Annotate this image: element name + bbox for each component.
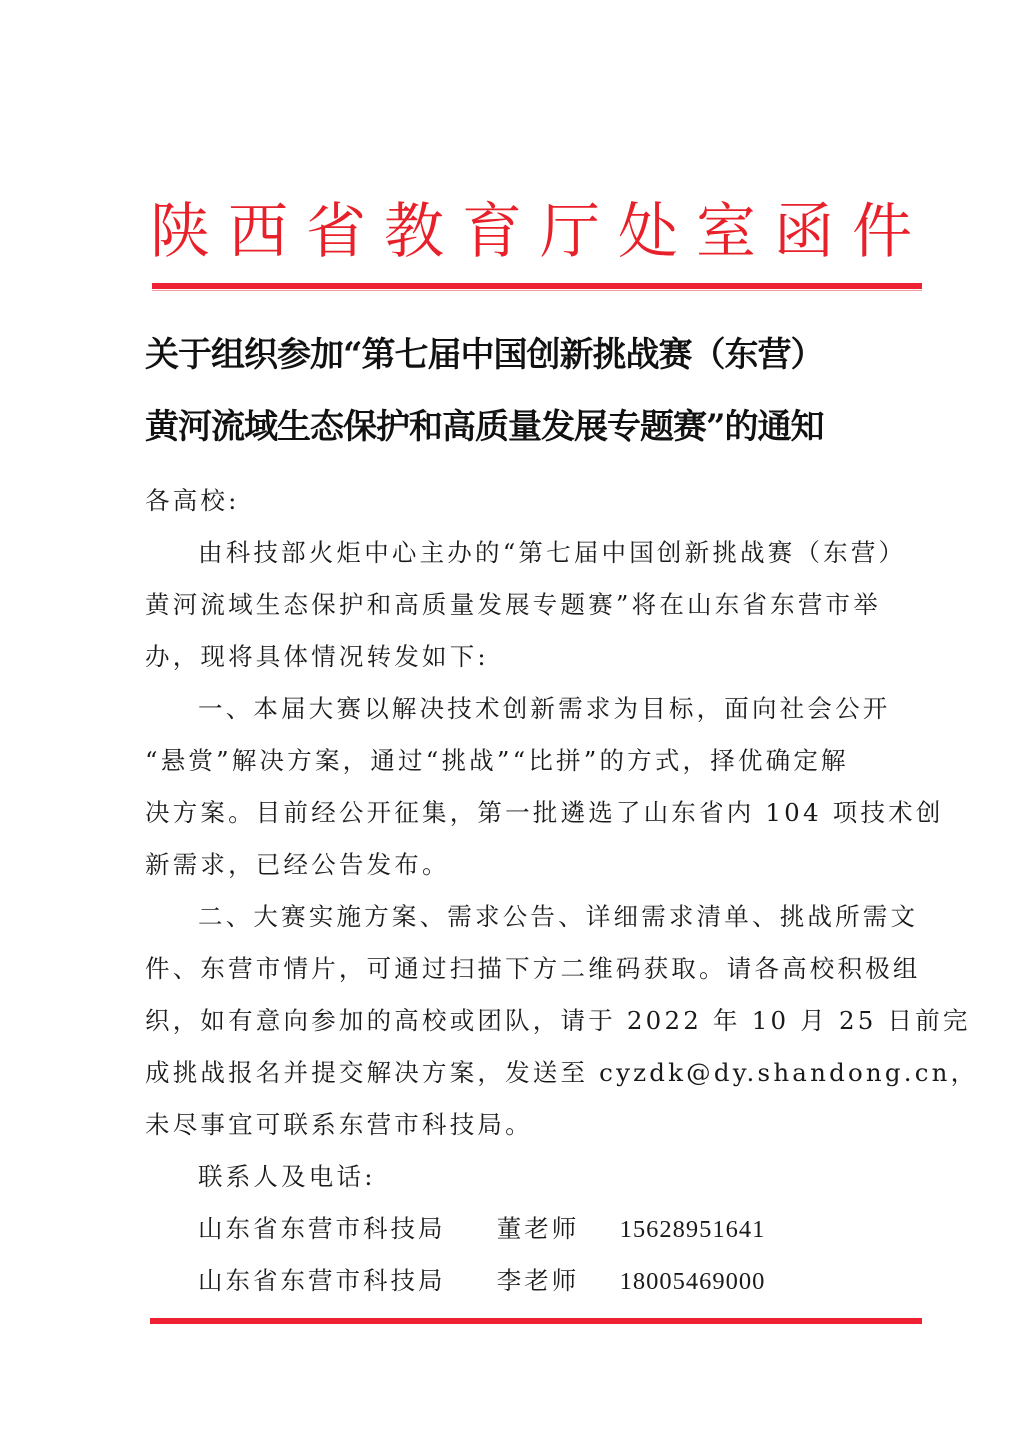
section2-line-email: 成挑战报名并提交解决方案，发送至 cyzdk@dy.shandong.cn， [145,1054,978,1089]
section2-line: 未尽事宜可联系东营市科技局。 [145,1106,533,1141]
intro-line: 办，现将具体情况转发如下: [145,638,489,673]
notice-title-line-1: 关于组织参加“第七届中国创新挑战赛（东营） [145,330,915,380]
section2-line: 件、东营市情片，可通过扫描下方二维码获取。请各高校积极组 [145,950,921,985]
footer-rule [150,1318,922,1324]
section1-line: 一、本届大赛以解决技术创新需求为目标，面向社会公开 [198,690,891,725]
letterhead-rule [152,283,922,289]
contact-row: 山东省东营市科技局 董老师 15628951641 [198,1210,765,1245]
salutation: 各高校: [145,482,240,517]
letterhead-title: 陕西省教育厅处室函件 [150,192,910,272]
contact-org: 山东省东营市科技局 [198,1262,486,1297]
contact-name: 李老师 [497,1262,609,1297]
intro-line: 由科技部火炬中心主办的“第七届中国创新挑战赛（东营） [198,534,906,569]
letterhead-rule-thin [152,290,922,291]
notice-title-line-2: 黄河流域生态保护和高质量发展专题赛”的通知 [145,402,915,452]
section1-line: 新需求，已经公告发布。 [145,846,450,881]
contact-heading: 联系人及电话: [198,1158,376,1193]
contact-org: 山东省东营市科技局 [198,1210,486,1245]
section1-line: 决方案。目前经公开征集，第一批遴选了山东省内 104 项技术创 [145,794,944,829]
contact-phone: 18005469000 [620,1268,766,1296]
section2-line: 二、大赛实施方案、需求公告、详细需求清单、挑战所需文 [198,898,918,933]
contact-phone: 15628951641 [620,1216,766,1244]
section2-line: 织，如有意向参加的高校或团队，请于 2022 年 10 月 25 日前完 [145,1002,971,1037]
contact-row: 山东省东营市科技局 李老师 18005469000 [198,1262,765,1297]
intro-line: 黄河流域生态保护和高质量发展专题赛”将在山东省东营市举 [145,586,881,621]
contact-name: 董老师 [497,1210,609,1245]
section1-line: “悬赏”解决方案，通过“挑战”“比拼”的方式，择优确定解 [145,742,849,777]
